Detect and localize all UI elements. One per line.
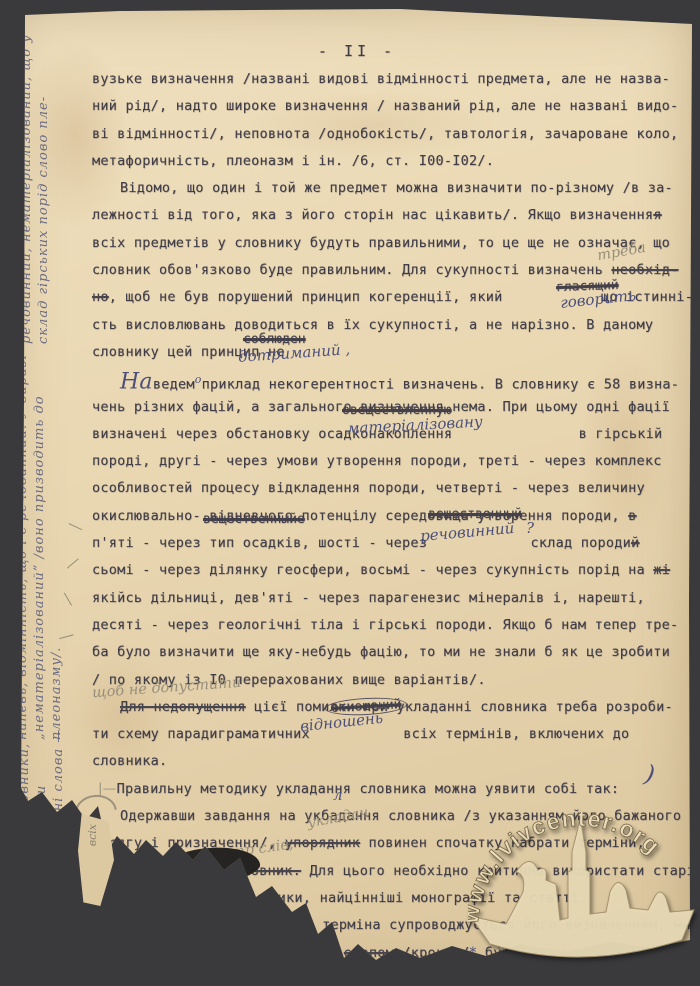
struck-text-segment: виготовлення [527, 945, 628, 961]
typed-text-segment: сть висловлювань доводиться в їх сукупно… [92, 317, 653, 333]
typed-text-segment: всіх предметів у словнику будуть правиль… [92, 235, 670, 251]
typed-line: якійсь дільниці, дев'яті - через параген… [92, 585, 692, 612]
typed-text-segment: м [327, 945, 344, 961]
typed-line: ба було визначити ще яку-небудь фацію, т… [92, 639, 692, 666]
handwritten-segment: На [120, 370, 153, 395]
typed-text-segment: цієї помилки при укладанні словника треб… [246, 699, 673, 715]
typed-line: Наведемоприклад некогерентності визначен… [92, 366, 692, 393]
typed-line: десяті - через геологічні тіла і гірські… [92, 612, 692, 639]
typed-text-segment: ведем [153, 377, 195, 393]
typed-text-segment: Відомо, що один і той же предмет можна в… [120, 180, 673, 196]
typed-text-segment: чень різних фацій, а загального визначен… [92, 399, 670, 415]
typed-text-segment: метафоричність, плеоназм і ін. /6, ст. І… [92, 153, 494, 169]
typed-line: сьомі - через ділянку геосфери, восьмі -… [92, 557, 692, 584]
typed-text-segment: Для цього необхідно критично використати… [301, 863, 695, 879]
handwritten-segment: о [195, 373, 202, 386]
typed-text-segment: ти схему парадиграматичних [92, 726, 318, 742]
typed-text-segment: ний рід/, надто широке визначення / назв… [92, 98, 678, 114]
flap-handwriting: всіх [86, 824, 99, 846]
struck-text-segment: й [631, 535, 639, 551]
struck-text-segment: ми [674, 917, 691, 933]
typed-line: м етапом /кроком/* буде виготовлення схе… [92, 940, 692, 967]
typed-text-segment: десяті - через геологічні тіла і гірські… [92, 617, 678, 633]
typed-text-segment: , щоб не був порушений принцип когеренці… [109, 289, 511, 305]
pencil-annotation: — [65, 514, 88, 538]
typed-text-segment: визначені через обстановку осадконакопле… [92, 426, 461, 442]
struck-text-segment: жі [653, 562, 670, 578]
typed-text-segment: склад породи [531, 535, 632, 551]
typed-text-segment: ва терміна супроводжується його визначен… [297, 917, 674, 933]
typed-line: чень різних фацій, а загального визначен… [92, 394, 692, 421]
typed-line: окислювально- відновчого потенцілу серед… [92, 503, 692, 530]
typed-line: ва терміна супроводжується його визначен… [92, 912, 692, 939]
typed-text-segment: п'яті - через тип осадків, шості - через [92, 535, 436, 551]
typed-line: всіх предметів у словнику будуть правиль… [92, 230, 692, 257]
typed-text-segment: ві відмінності/, неповнота /однобокість/… [92, 126, 678, 142]
struck-text-segment: необхід- [611, 262, 678, 278]
typed-line: визначені через обстановку осадконакопле… [92, 421, 692, 448]
typed-line: Для недопущення цієї помилки при укладан… [92, 694, 692, 721]
typed-text: вузьке визначення /названі видові відмін… [92, 66, 692, 967]
struck-text-segment: в [628, 508, 636, 524]
typed-text-segment: породі, другі - через умови утворення по… [92, 453, 662, 469]
typed-line: ти схему парадиграматичних всіх термінів… [92, 721, 692, 748]
typed-line: п'яті - через тип осадків, шості - через… [92, 530, 692, 557]
struck-text-segment: Для недопущення [120, 699, 246, 715]
typed-line: Одержавши завдання на укбадання словника… [92, 803, 692, 830]
typed-text-segment: вузьке визначення /названі видові відмін… [92, 71, 670, 87]
struck-text-segment: я [653, 207, 661, 223]
typed-line: лежності від того, яка з його сторін нас… [92, 202, 692, 229]
typed-line: / по якому із І0 перерахованих вище варі… [92, 667, 692, 694]
typed-line: |—Правильну методику укладання словника … [92, 776, 692, 803]
margin-note: старі словники, вибираючи пересічні слов… [16, 720, 64, 870]
typed-text-segment: / по якому із І0 перерахованих вище варі… [92, 672, 486, 688]
typed-line: особливостей процесу відкладення породи,… [92, 475, 692, 502]
struck-text-segment: но [92, 289, 109, 305]
typed-text-segment: ба було визначити ще яку-небудь фацію, т… [92, 644, 670, 660]
typed-line: Відомо, що один і той же предмет можна в… [92, 175, 692, 202]
typed-text-segment: буде [476, 945, 526, 961]
scan-background: - II - вузьке визначення /названі видові… [0, 0, 700, 986]
typed-text-segment: /кроком/ [394, 945, 469, 961]
typed-text-segment: Одержавши завдання на укбадання словника… [120, 808, 681, 824]
typed-line: но, щоб не був порушений принцип когерен… [92, 284, 692, 311]
typed-line: ний рід/, надто широке визначення / назв… [92, 93, 692, 120]
typed-line: вузьке визначення /названі видові відмін… [92, 66, 692, 93]
typed-text-segment: що істинні- [601, 289, 693, 305]
typed-line: обсягу і призначення/, упорядник повинен… [92, 830, 692, 857]
typed-line: ві відмінності/, неповнота /однобокість/… [92, 121, 692, 148]
typed-text-segment: словник обов'язково буде правильним. Для… [92, 262, 611, 278]
typed-text-segment: окислювально- відновчого потенцілу серед… [92, 508, 628, 524]
typed-text-segment: словнику цей принцип не [92, 344, 285, 360]
typed-text-segment: особливостей процесу відкладення породи,… [92, 480, 645, 496]
typed-text-segment: всіх термінів, включених до [403, 726, 629, 742]
typed-text-segment: дники, підручники, найцінніші монографії… [160, 890, 587, 906]
typed-line: сдники, підручники, найцінніші монографі… [92, 885, 692, 912]
typed-line: тобто уксловник. Для цього необхідно кри… [92, 858, 692, 885]
struck-text-segment: етапом [344, 945, 394, 961]
margin-note: напевь, відмінність, що і є речовинний. … [14, 345, 64, 740]
typed-text-segment: обсягу і призначення/, [92, 835, 285, 851]
typed-text-segment: лежності від того, яка з його сторін нас… [92, 207, 653, 223]
typed-line: словника. [92, 748, 692, 775]
typed-line: словнику цей принцип не [92, 339, 692, 366]
torn-paper-flap: всіх [78, 814, 114, 906]
typed-text-segment: приклад некогерентності визначень. В сло… [202, 377, 680, 393]
typed-text-segment: сьомі - через ділянку геосфери, восьмі -… [92, 562, 653, 578]
typed-text-segment: словника. [92, 753, 167, 769]
typed-text-segment: Правильну методику укладання словника мо… [117, 781, 620, 797]
typed-line: породі, другі - через умови утворення по… [92, 448, 692, 475]
typed-line: словник обов'язково буде правильним. Для… [92, 257, 692, 284]
typed-text-segment: в гірській [579, 426, 663, 442]
typed-text-segment: схеми [627, 945, 677, 961]
typed-line: сть висловлювань доводиться в їх сукупно… [92, 312, 692, 339]
margin-note: речовинний, нематеріалізований, що у скл… [18, 14, 64, 344]
struck-text-segment: упорядник [285, 835, 360, 851]
typed-text-segment: повинен спочатку набрати терміни, [360, 835, 645, 851]
typed-line: метафоричність, плеоназм і ін. /6, ст. І… [92, 148, 692, 175]
page-number: - II - [292, 42, 422, 60]
typed-text-segment: якійсь дільниці, дев'яті - через параген… [92, 590, 645, 606]
